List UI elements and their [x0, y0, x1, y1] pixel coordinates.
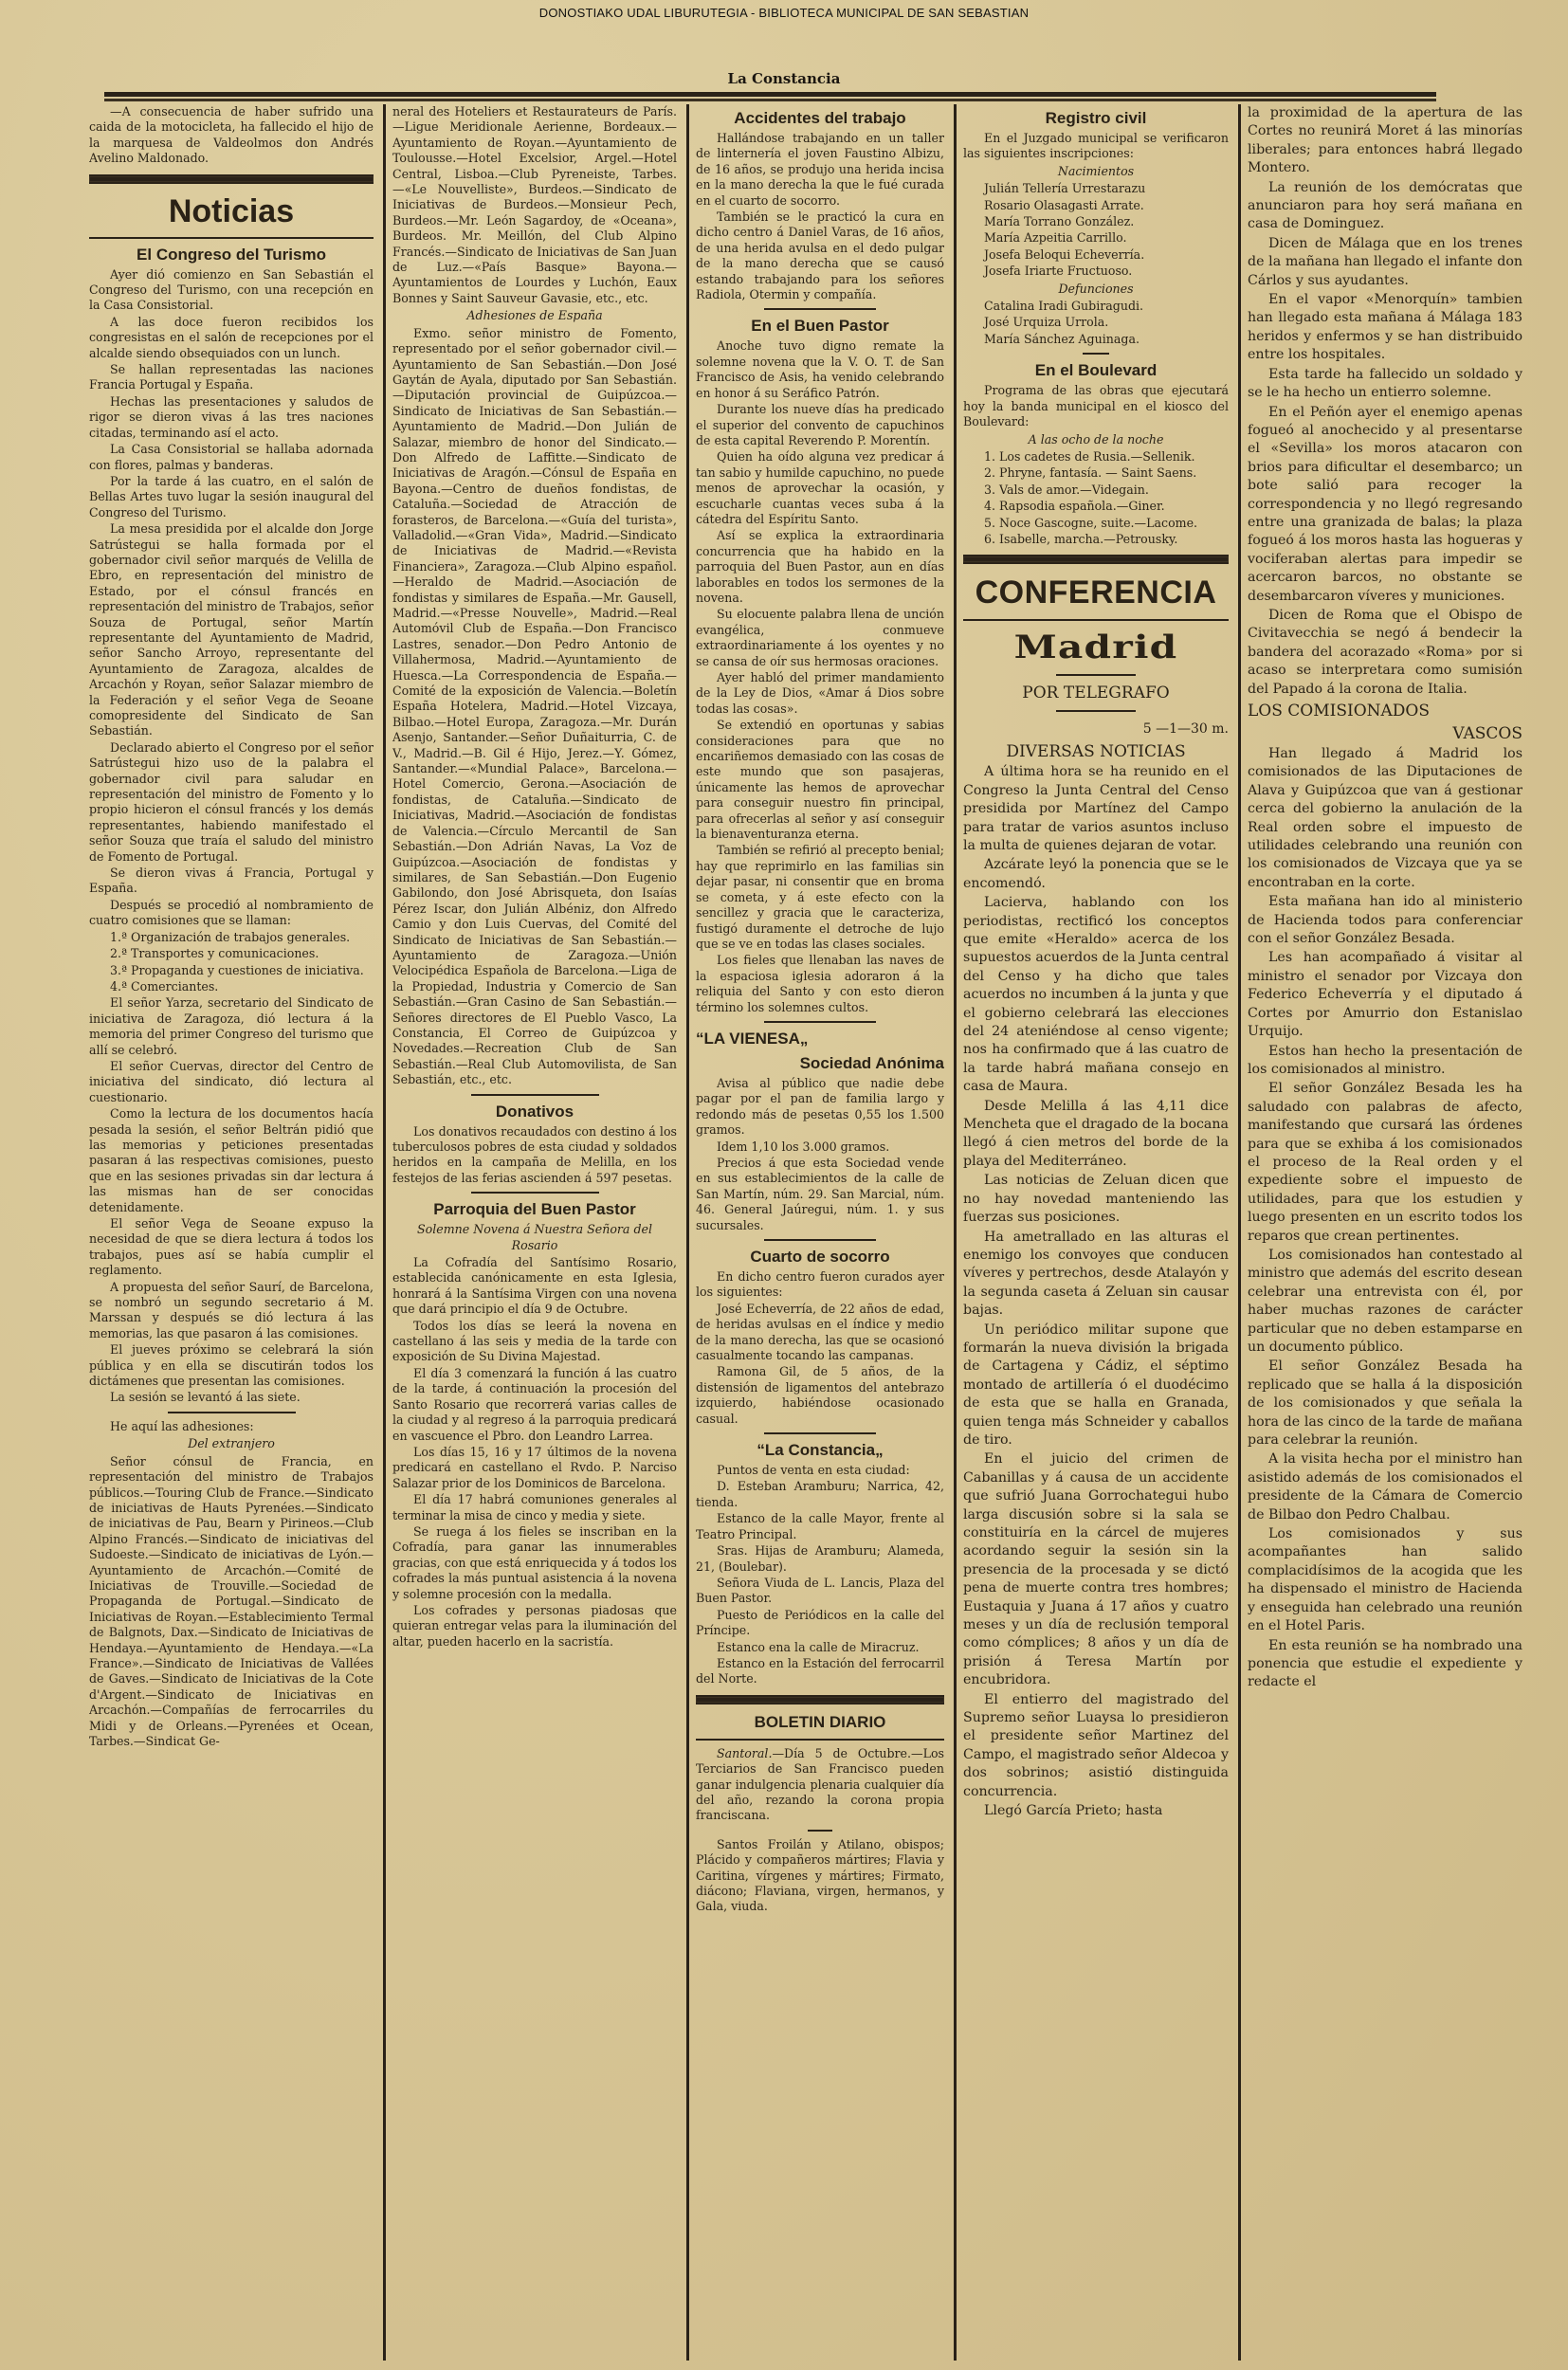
- adhesions-subheading: Del extranjero: [89, 1436, 374, 1451]
- rule: [963, 619, 1229, 621]
- paragraph: Se extendió en oportunas y sabias consid…: [696, 718, 944, 842]
- birth-entry: Rosario Olasagasti Arrate.: [963, 198, 1229, 213]
- section-rule: [89, 174, 374, 184]
- section-title-boletin: BOLETIN DIARIO: [696, 1712, 944, 1733]
- column-3: Accidentes del trabajo Hallándose trabaj…: [696, 104, 944, 2361]
- paragraph: En el Peñón ayer el enemigo apenas fogue…: [1248, 404, 1522, 606]
- paragraph: Todos los días se leerá la novena en cas…: [392, 1319, 677, 1365]
- rule: [168, 1412, 296, 1413]
- rule: [808, 1830, 832, 1832]
- rule: [764, 1239, 876, 1241]
- program-item: 6. Isabelle, marcha.—Petrousky.: [963, 532, 1229, 547]
- column-1: —A consecuencia de haber sufrido una cai…: [89, 104, 374, 2361]
- paragraph: En esta reunión se ha nombrado una ponen…: [1248, 1637, 1522, 1692]
- paragraph: En dicho centro fueron curados ayer los …: [696, 1269, 944, 1301]
- comisionados-title-line-1: LOS COMISIONADOS: [1248, 700, 1522, 722]
- rule: [471, 1094, 599, 1096]
- section-rule: [696, 1695, 944, 1705]
- paragraph: Ha ametrallado en las alturas el enemigo…: [963, 1229, 1229, 1321]
- paragraph: La reunión de los demócratas que anuncia…: [1248, 179, 1522, 234]
- rule: [89, 237, 374, 239]
- paragraph: Lacierva, hablando con los periodistas, …: [963, 894, 1229, 1096]
- program-item: 3. Vals de amor.—Videgain.: [963, 483, 1229, 498]
- paragraph: Se dieron vivas á Francia, Portugal y Es…: [89, 866, 374, 897]
- paragraph: Quien ha oído alguna vez predicar á tan …: [696, 449, 944, 527]
- paragraph: Durante los nueve días ha predicado el s…: [696, 402, 944, 448]
- paragraph: Los cofrades y personas piadosas que qui…: [392, 1603, 677, 1650]
- column-2: neral des Hoteliers et Restaurateurs de …: [392, 104, 677, 2361]
- paragraph: A las doce fueron recibidos los congresi…: [89, 315, 374, 361]
- sales-point: Estanco ena la calle de Miracruz.: [696, 1640, 944, 1655]
- births-label: Nacimientos: [963, 164, 1229, 179]
- section-rule: [963, 555, 1229, 564]
- rule: [1056, 674, 1136, 676]
- paragraph: El entierro del magistrado del Supremo s…: [963, 1691, 1229, 1801]
- comisionados-title-line-2: VASCOS: [1248, 722, 1522, 745]
- telegraph-label: POR TELEGRAFO: [963, 682, 1229, 704]
- paragraph: A última hora se ha reunido en el Congre…: [963, 763, 1229, 855]
- article-title-boulevard: En el Boulevard: [963, 360, 1229, 381]
- sales-point: Puntos de venta en esta ciudad:: [696, 1463, 944, 1478]
- paragraph: El jueves próximo se celebrará la sión p…: [89, 1342, 374, 1389]
- deaths-label: Defunciones: [963, 282, 1229, 297]
- article-title-congreso: El Congreso del Turismo: [89, 245, 374, 265]
- paragraph: Dicen de Roma que el Obispo de Civitavec…: [1248, 607, 1522, 699]
- article-title-accidentes: Accidentes del trabajo: [696, 108, 944, 129]
- paragraph: Esta tarde ha fallecido un soldado y se …: [1248, 366, 1522, 403]
- article-subtitle-novena: Solemne Novena á Nuestra Señora del Rosa…: [392, 1222, 677, 1253]
- rule: [1083, 353, 1109, 355]
- paragraph: Así se explica la extraordinaria concurr…: [696, 528, 944, 606]
- paragraph: Los comisionados han contestado al minis…: [1248, 1247, 1522, 1357]
- paragraph: Llegó García Prieto; hasta: [963, 1802, 1229, 1820]
- adhesions-spain-subheading: Adhesiones de España: [392, 308, 677, 323]
- rule: [764, 1432, 876, 1434]
- paragraph: Los donativos recaudados con destino á l…: [392, 1124, 677, 1187]
- paragraph: El señor González Besada les ha saludado…: [1248, 1080, 1522, 1246]
- birth-entry: Josefa Beloqui Echeverría.: [963, 247, 1229, 263]
- paragraph: Anoche tuvo digno remate la solemne nove…: [696, 338, 944, 401]
- paragraph: Su elocuente palabra llena de unción eva…: [696, 607, 944, 669]
- sales-point: Estanco de la calle Mayor, frente al Tea…: [696, 1511, 944, 1542]
- santoral-label: Santoral.: [717, 1746, 772, 1760]
- adhesions-list: Señor cónsul de Francia, en representaci…: [89, 1454, 374, 1750]
- paragraph: Ayer habló del primer mandamiento de la …: [696, 670, 944, 717]
- paragraph: Los comisionados y sus acompañantes han …: [1248, 1525, 1522, 1635]
- paragraph: Avisa al público que nadie debe pagar po…: [696, 1076, 944, 1139]
- paragraph: Las noticias de Zeluan dicen que no hay …: [963, 1172, 1229, 1227]
- paragraph: Se ruega á los fieles se inscriban en la…: [392, 1524, 677, 1602]
- commission-item: 4.ª Comerciantes.: [89, 979, 374, 994]
- section-title-noticias: Noticias: [89, 191, 374, 231]
- birth-entry: Josefa Iriarte Fructuoso.: [963, 264, 1229, 279]
- paragraph: Han llegado á Madrid los comisionados de…: [1248, 745, 1522, 892]
- paragraph: Esta mañana han ido al ministerio de Hac…: [1248, 893, 1522, 948]
- sales-point: Señora Viuda de L. Lancis, Plaza del Bue…: [696, 1576, 944, 1607]
- ad-subtitle-sociedad: Sociedad Anónima: [696, 1053, 944, 1074]
- paragraph: La mesa presidida por el alcalde don Jor…: [89, 521, 374, 739]
- archive-banner: DONOSTIAKO UDAL LIBURUTEGIA - BIBLIOTECA…: [0, 6, 1568, 20]
- column-divider: [383, 104, 386, 2361]
- paragraph: La Casa Consistorial se hallaba adornada…: [89, 442, 374, 473]
- column-4: Registro civil En el Juzgado municipal s…: [963, 104, 1229, 2361]
- paragraph: La sesión se levantó á las siete.: [89, 1390, 374, 1405]
- paragraph: A propuesta del señor Saurí, de Barcelon…: [89, 1280, 374, 1342]
- paragraph: También se le practicó la cura en dicho …: [696, 210, 944, 302]
- birth-entry: Julián Tellería Urrestarazu: [963, 181, 1229, 196]
- paragraph: Desde Melilla á las 4,11 dice Mencheta q…: [963, 1098, 1229, 1172]
- paragraph: Después se procedió al nombramiento de c…: [89, 898, 374, 929]
- paragraph: El día 3 comenzará la función á las cuat…: [392, 1366, 677, 1444]
- telegraph-time: 5 —1—30 m.: [963, 718, 1229, 740]
- paragraph: El señor Yarza, secretario del Sindicato…: [89, 995, 374, 1058]
- adhesions-spain-list: Exmo. señor ministro de Fomento, represe…: [392, 326, 677, 1088]
- paragraph: El señor Cuervas, director del Centro de…: [89, 1059, 374, 1105]
- article-title-registro: Registro civil: [963, 108, 1229, 129]
- paragraph: Los fieles que llenaban las naves de la …: [696, 953, 944, 1015]
- rule: [1056, 710, 1136, 712]
- rule: [696, 1739, 944, 1741]
- death-entry: María Sánchez Aguinaga.: [963, 332, 1229, 347]
- paragraph: El señor González Besada ha replicado qu…: [1248, 1358, 1522, 1449]
- diversas-title: DIVERSAS NOTICIAS: [963, 740, 1229, 763]
- paragraph: Estos han hecho la presentación de los c…: [1248, 1043, 1522, 1080]
- paragraph: La Cofradía del Santísimo Rosario, estab…: [392, 1255, 677, 1318]
- adhesions-foreign-list: neral des Hoteliers et Restaurateurs de …: [392, 104, 677, 306]
- paragraph: Santoral.—Día 5 de Octubre.—Los Terciari…: [696, 1746, 944, 1824]
- paragraph: Azcárate leyó la ponencia que se le enco…: [963, 856, 1229, 893]
- ad-title-la-vienesa: “LA VIENESA„: [696, 1029, 944, 1049]
- paragraph: la proximidad de la apertura de las Cort…: [1248, 104, 1522, 178]
- paragraph: Precios á que esta Sociedad vende en sus…: [696, 1156, 944, 1233]
- commission-item: 3.ª Propaganda y cuestiones de iniciativ…: [89, 963, 374, 978]
- rule: [764, 308, 876, 310]
- column-divider: [686, 104, 689, 2361]
- program-item: 1. Los cadetes de Rusia.—Sellenik.: [963, 449, 1229, 465]
- death-entry: Catalina Iradi Gubiragudi.: [963, 299, 1229, 314]
- newspaper-running-head: La Constancia: [0, 70, 1568, 87]
- death-entry: José Urquiza Urrola.: [963, 315, 1229, 330]
- header-rule: [104, 92, 1436, 99]
- paragraph: Ayer dió comienzo en San Sebastián el Co…: [89, 267, 374, 314]
- rule: [764, 1021, 876, 1023]
- paragraph: El día 17 habrá comuniones generales al …: [392, 1492, 677, 1523]
- paragraph: Como la lectura de los documentos hacía …: [89, 1106, 374, 1215]
- program-item: 5. Noce Gascogne, suite.—Lacome.: [963, 516, 1229, 531]
- paragraph: Idem 1,10 los 3.000 gramos.: [696, 1139, 944, 1155]
- section-title-conferencia: CONFERENCIA: [963, 572, 1229, 613]
- article-title-la-constancia: “La Constancia„: [696, 1440, 944, 1461]
- birth-entry: María Torrano González.: [963, 214, 1229, 229]
- sales-point: Sras. Hijas de Aramburu; Alameda, 21, (B…: [696, 1543, 944, 1575]
- article-title-buen-pastor: En el Buen Pastor: [696, 316, 944, 337]
- column-5: la proximidad de la apertura de las Cort…: [1248, 104, 1522, 2361]
- paragraph: Les han acompañado á visitar al ministro…: [1248, 949, 1522, 1041]
- program-item: 4. Rapsodia española.—Giner.: [963, 499, 1229, 514]
- sales-point: Puesto de Periódicos en la calle del Prí…: [696, 1608, 944, 1639]
- adhesions-heading: He aquí las adhesiones:: [89, 1419, 374, 1434]
- paragraph: Un periódico militar supone que formarán…: [963, 1322, 1229, 1450]
- sales-point: Estanco en la Estación del ferrocarril d…: [696, 1656, 944, 1687]
- commission-item: 2.ª Transportes y comunicaciones.: [89, 946, 374, 961]
- paragraph: El señor Vega de Seoane expuso la necesi…: [89, 1216, 374, 1279]
- column-divider: [954, 104, 957, 2361]
- commission-item: 1.ª Organización de trabajos generales.: [89, 930, 374, 945]
- paragraph: Se hallan representadas las naciones Fra…: [89, 362, 374, 393]
- article-title-donativos: Donativos: [392, 1102, 677, 1122]
- concert-time: A las ocho de la noche: [963, 432, 1229, 447]
- paragraph: Santos Froilán y Atilano, obispos; Pláci…: [696, 1837, 944, 1915]
- newspaper-page: —A consecuencia de haber sufrido una cai…: [89, 104, 1555, 2361]
- paragraph: Por la tarde á las cuatro, en el salón d…: [89, 474, 374, 520]
- paragraph: Programa de las obras que ejecutará hoy …: [963, 383, 1229, 429]
- paragraph: En el Juzgado municipal se verificaron l…: [963, 131, 1229, 162]
- paragraph: En el juicio del crimen de Cabanillas y …: [963, 1450, 1229, 1689]
- sales-point: D. Esteban Aramburu; Narrica, 42, tienda…: [696, 1479, 944, 1510]
- paragraph: También se refirió al precepto benial; h…: [696, 843, 944, 952]
- article-title-parroquia: Parroquia del Buen Pastor: [392, 1199, 677, 1220]
- paragraph: José Echeverría, de 22 años de edad, de …: [696, 1302, 944, 1364]
- paragraph: Hechas las presentaciones y saludos de r…: [89, 394, 374, 441]
- birth-entry: María Azpeitia Carrillo.: [963, 230, 1229, 246]
- paragraph: Dicen de Málaga que en los trenes de la …: [1248, 235, 1522, 290]
- paragraph: A la visita hecha por el ministro han as…: [1248, 1450, 1522, 1524]
- paragraph: Declarado abierto el Congreso por el señ…: [89, 740, 374, 865]
- rule: [471, 1192, 599, 1194]
- paragraph: En el vapor «Menorquín» tambien han lleg…: [1248, 291, 1522, 365]
- dateline-madrid: Madrid: [963, 627, 1229, 668]
- program-item: 2. Phryne, fantasía. — Saint Saens.: [963, 465, 1229, 481]
- column-divider: [1238, 104, 1241, 2361]
- paragraph: Ramona Gil, de 5 años, de la distensión …: [696, 1364, 944, 1427]
- obituary-note: —A consecuencia de haber sufrido una cai…: [89, 104, 374, 167]
- paragraph: Los días 15, 16 y 17 últimos de la noven…: [392, 1445, 677, 1491]
- article-title-socorro: Cuarto de socorro: [696, 1247, 944, 1267]
- paragraph: Hallándose trabajando en un taller de li…: [696, 131, 944, 209]
